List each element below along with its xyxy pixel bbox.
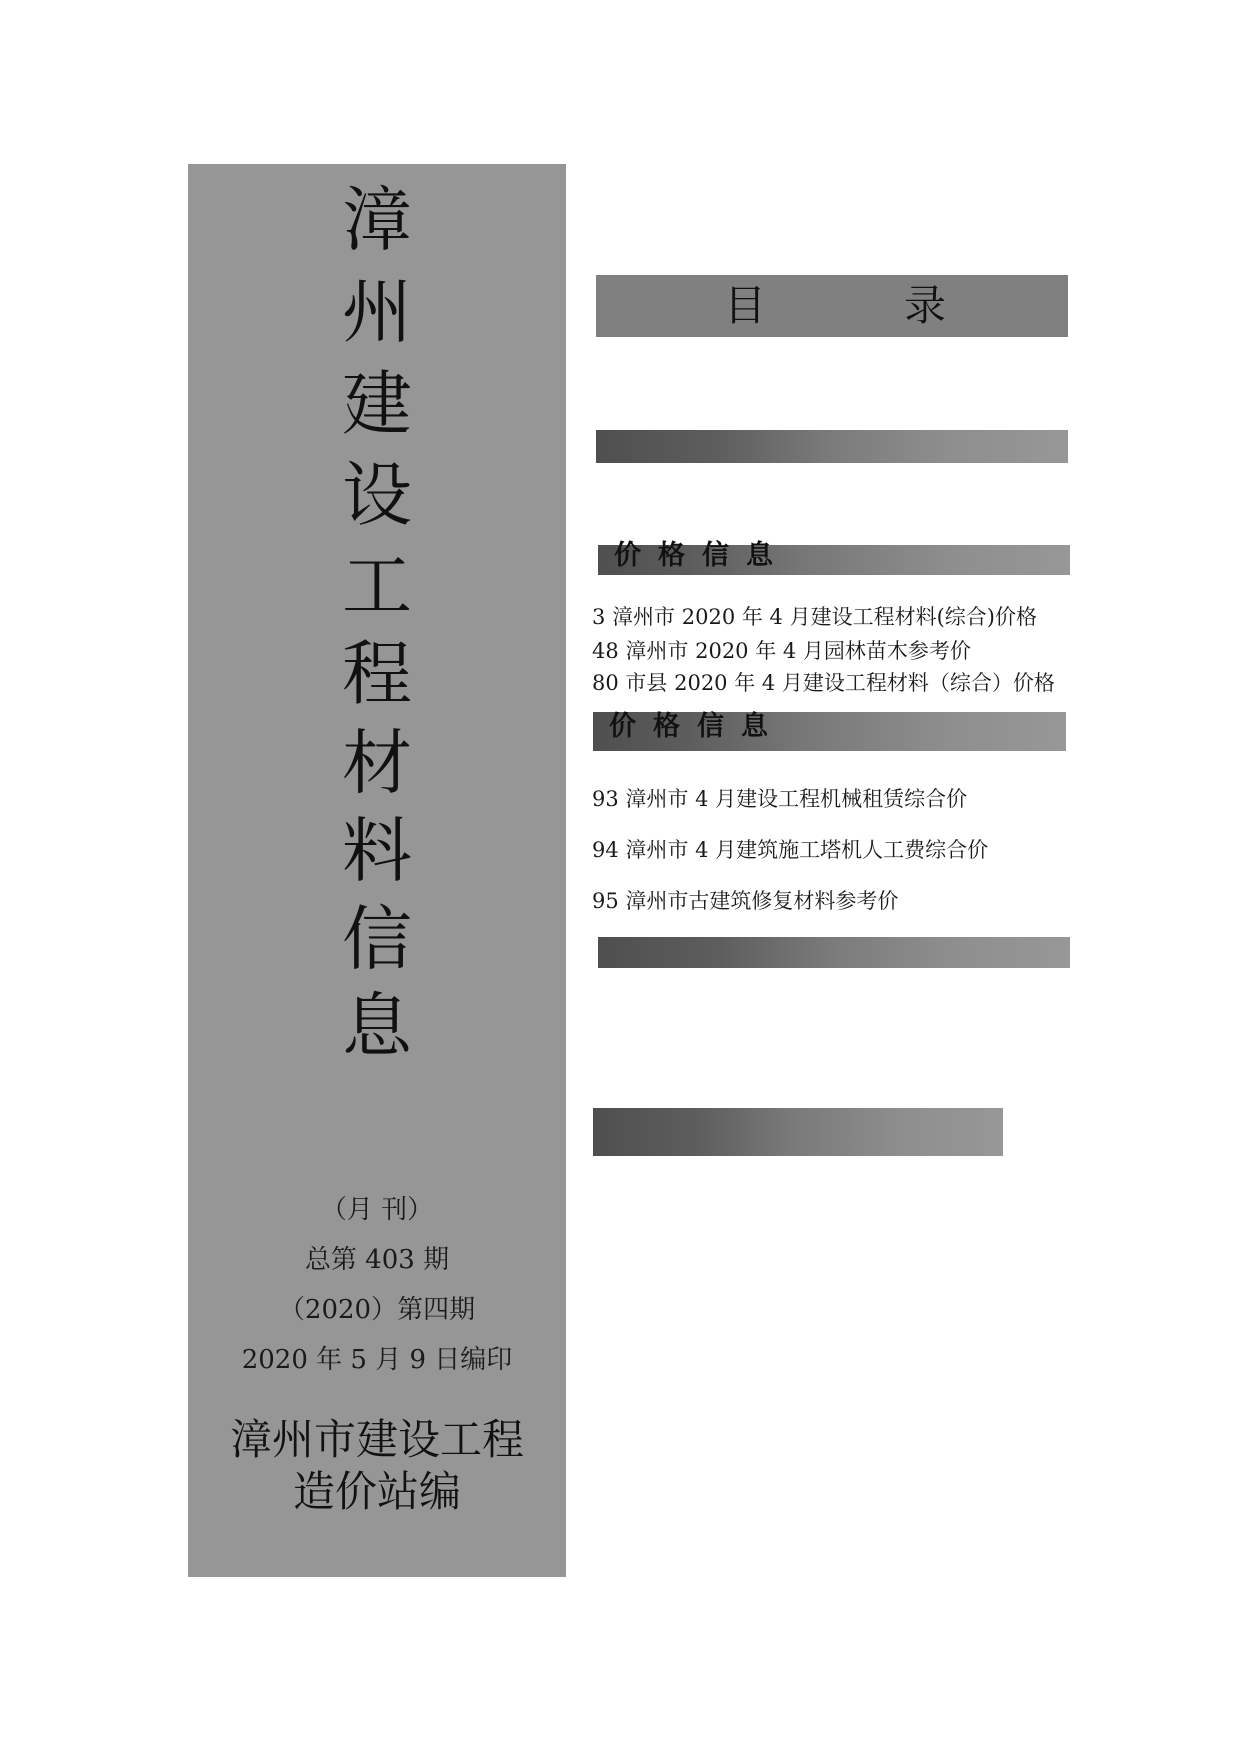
toc-page: 93 [592,787,619,811]
toc-entry[interactable]: 93 漳州市 4 月建设工程机械租赁综合价 [592,785,967,813]
toc-header-char: 目 [724,284,766,328]
title-char: 建 [188,364,566,444]
title-char: 程 [188,634,566,714]
divider-bar [593,1108,1003,1156]
section-header: 价格信息 [598,545,1070,575]
title-char: 材 [188,723,566,803]
toc-page: 94 [592,838,619,862]
section-label: 价格信息 [614,539,790,573]
divider-bar [596,430,1068,463]
frequency-label: （月 刊） [188,1193,566,1227]
toc-title: 漳州市古建筑修复材料参考价 [625,889,898,913]
title-char: 料 [188,811,566,891]
toc-title: 漳州市 4 月建设工程机械租赁综合价 [625,787,967,811]
toc-entry[interactable]: 48 漳州市 2020 年 4 月园林苗木参考价 [592,637,971,665]
title-char: 工 [188,546,566,626]
toc-page: 3 [592,605,605,629]
divider-bar [598,937,1070,968]
toc-title: 漳州市 4 月建筑施工塔机人工费综合价 [625,838,988,862]
toc-page: 80 [592,671,619,695]
title-char: 信 [188,899,566,979]
print-date: 2020 年 5 月 9 日编印 [188,1343,566,1377]
toc-title: 市县 2020 年 4 月建设工程材料（综合）价格 [625,671,1055,695]
toc-title: 漳州市 2020 年 4 月园林苗木参考价 [625,639,971,663]
title-char: 设 [188,455,566,535]
toc-entry[interactable]: 3 漳州市 2020 年 4 月建设工程材料(综合)价格 [592,603,1037,631]
toc-entry[interactable]: 94 漳州市 4 月建筑施工塔机人工费综合价 [592,836,988,864]
toc-header: 目 录 [596,275,1068,337]
section-header: 价格信息 [593,712,1066,751]
toc-entry[interactable]: 80 市县 2020 年 4 月建设工程材料（综合）价格 [592,669,1055,697]
title-char: 州 [188,272,566,352]
title-char: 漳 [188,180,566,260]
toc-title: 漳州市 2020 年 4 月建设工程材料(综合)价格 [612,605,1037,629]
publisher-line-1: 漳州市建设工程 [188,1414,566,1466]
toc-entry[interactable]: 95 漳州市古建筑修复材料参考价 [592,887,898,915]
toc-header-char: 录 [904,284,946,328]
toc-page: 95 [592,889,619,913]
section-label: 价格信息 [609,710,785,744]
year-issue: （2020）第四期 [188,1293,566,1327]
toc-page: 48 [592,639,619,663]
publisher-line-2: 造价站编 [188,1466,566,1518]
title-char: 息 [188,986,566,1066]
cover-panel: 漳 州 建 设 工 程 材 料 信 息 （月 刊） 总第 403 期 （2020… [188,164,566,1577]
total-issue: 总第 403 期 [188,1243,566,1277]
